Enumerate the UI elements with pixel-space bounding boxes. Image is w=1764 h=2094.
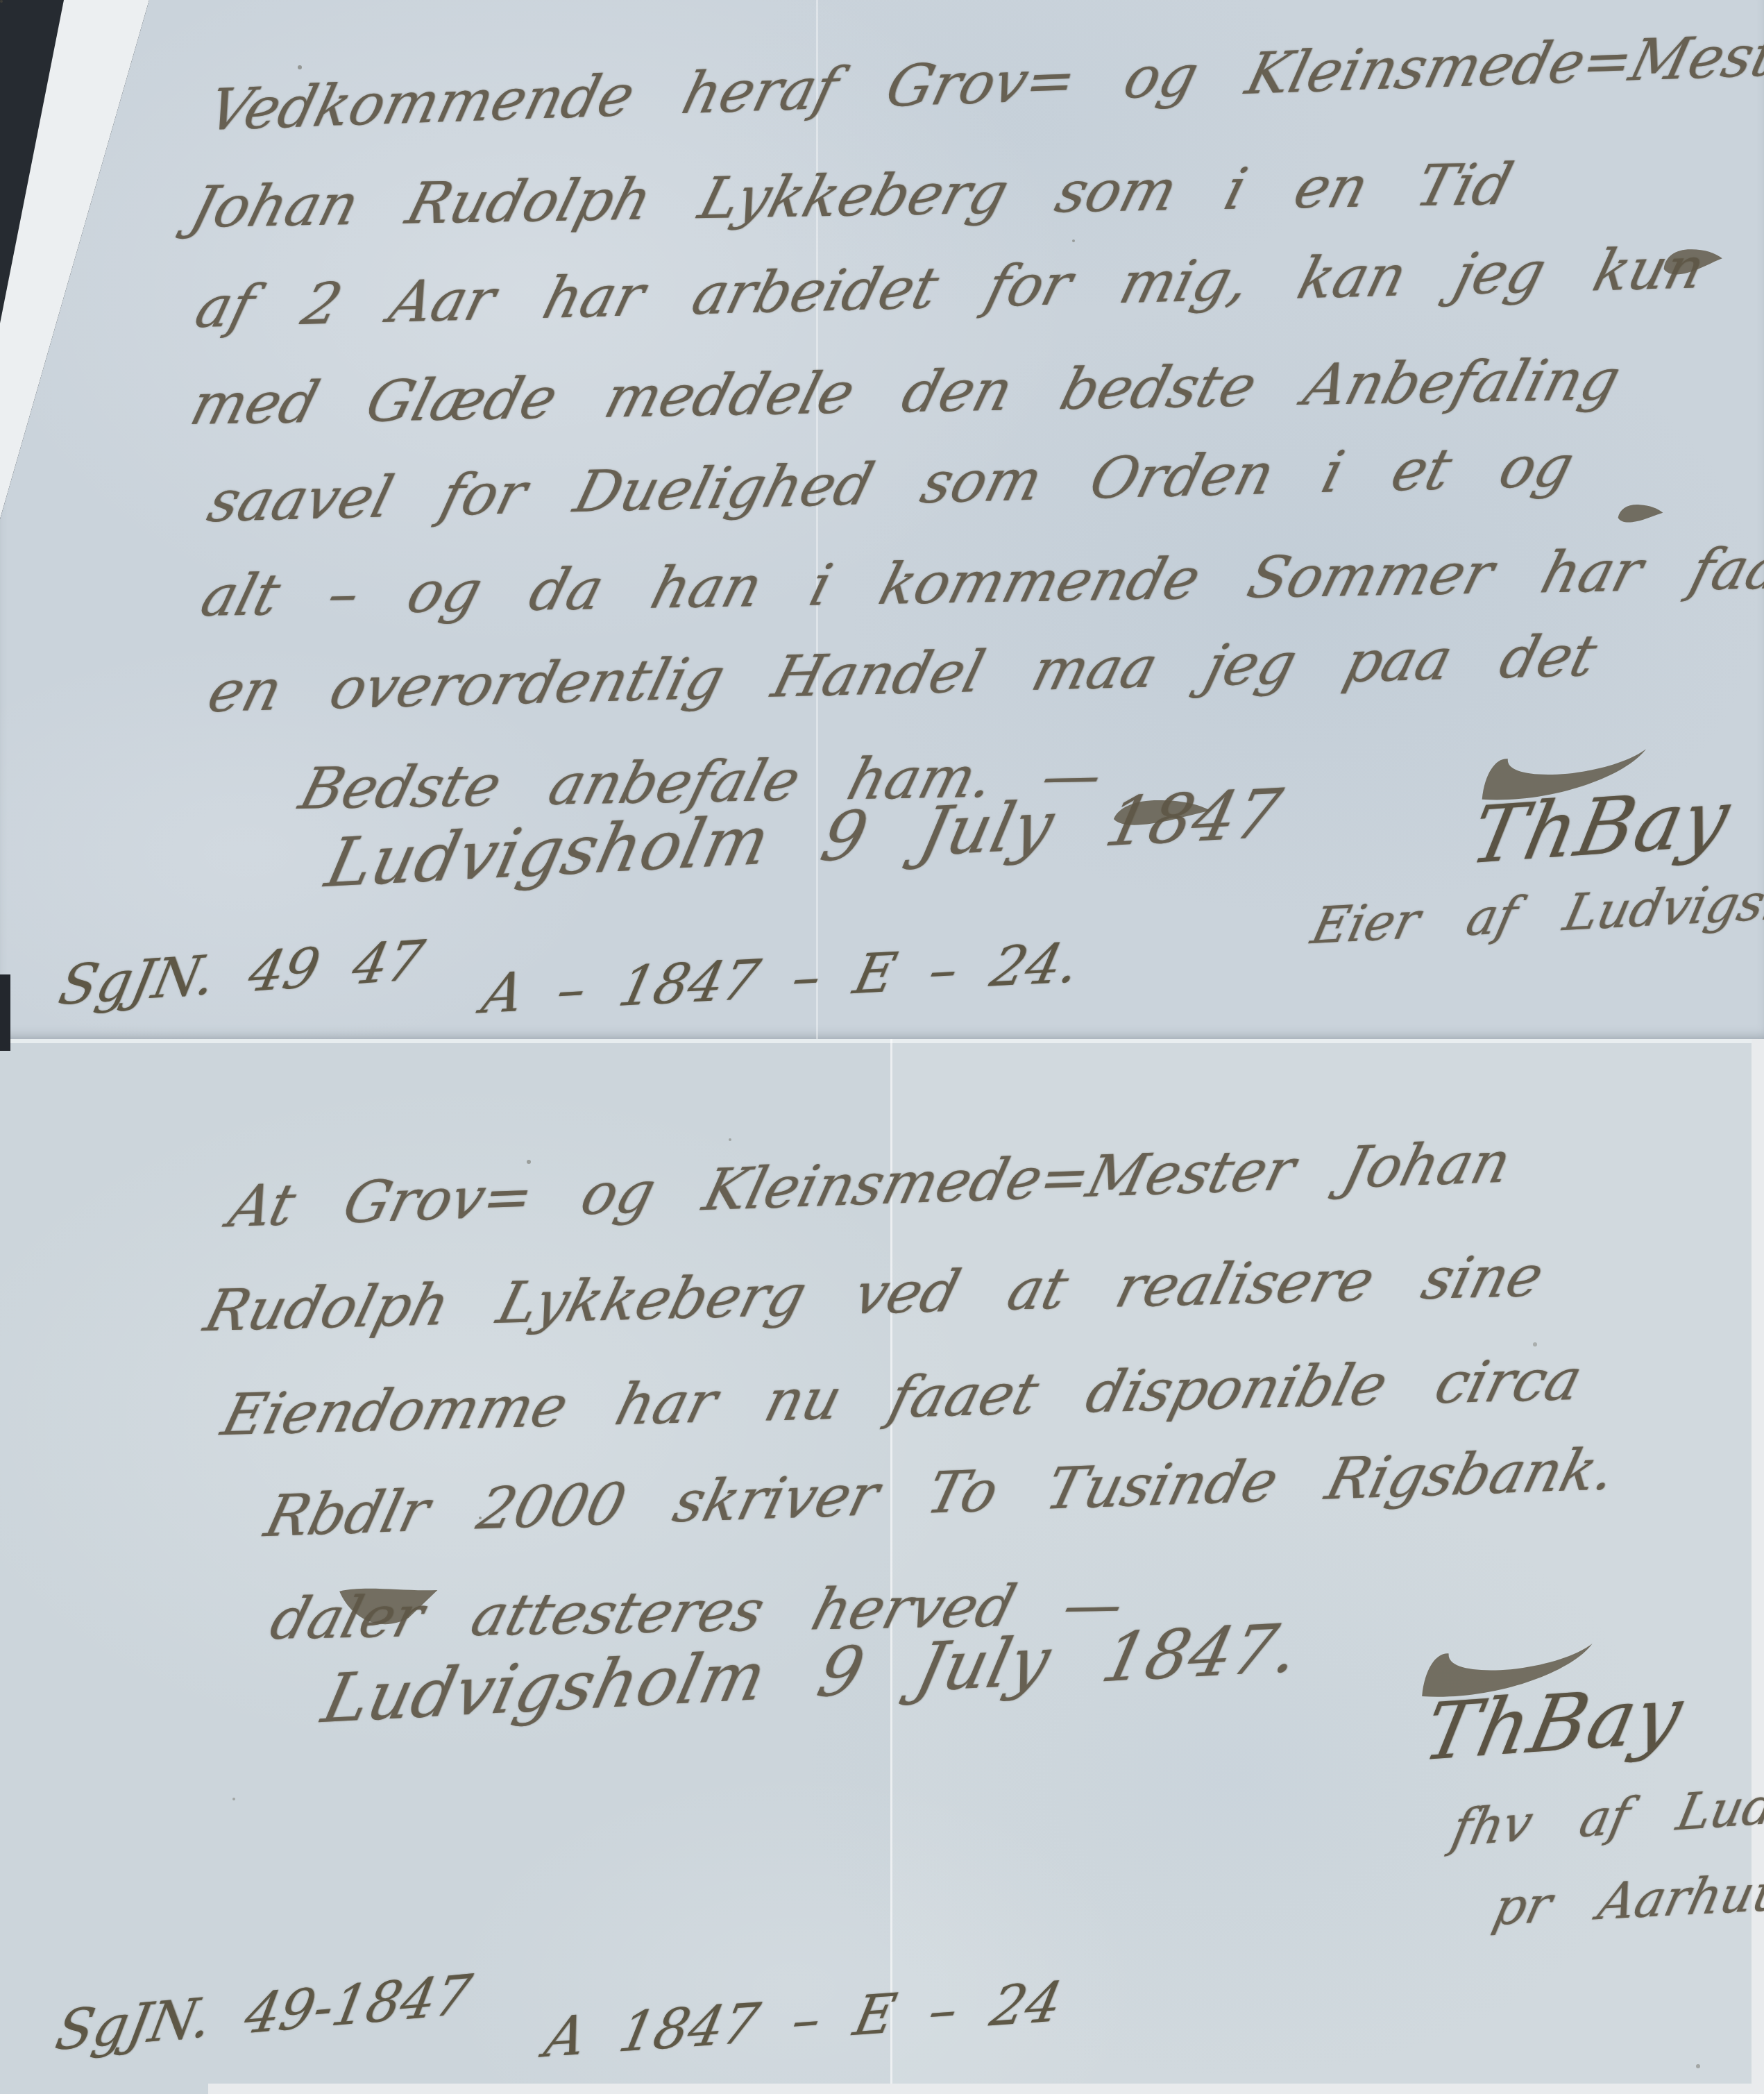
scan-seam-vertical-top <box>816 0 818 1039</box>
ink-blot <box>330 1580 444 1637</box>
paper-edge-strip-bottom <box>208 2084 1764 2094</box>
scanned-document: Vedkommende heraf Grov= og Kleinsmede=Me… <box>0 0 1764 2094</box>
ink-specks <box>0 0 3 3</box>
paper-edge-strip-right <box>1752 1039 1764 2094</box>
scanner-background-notch <box>0 974 10 1051</box>
